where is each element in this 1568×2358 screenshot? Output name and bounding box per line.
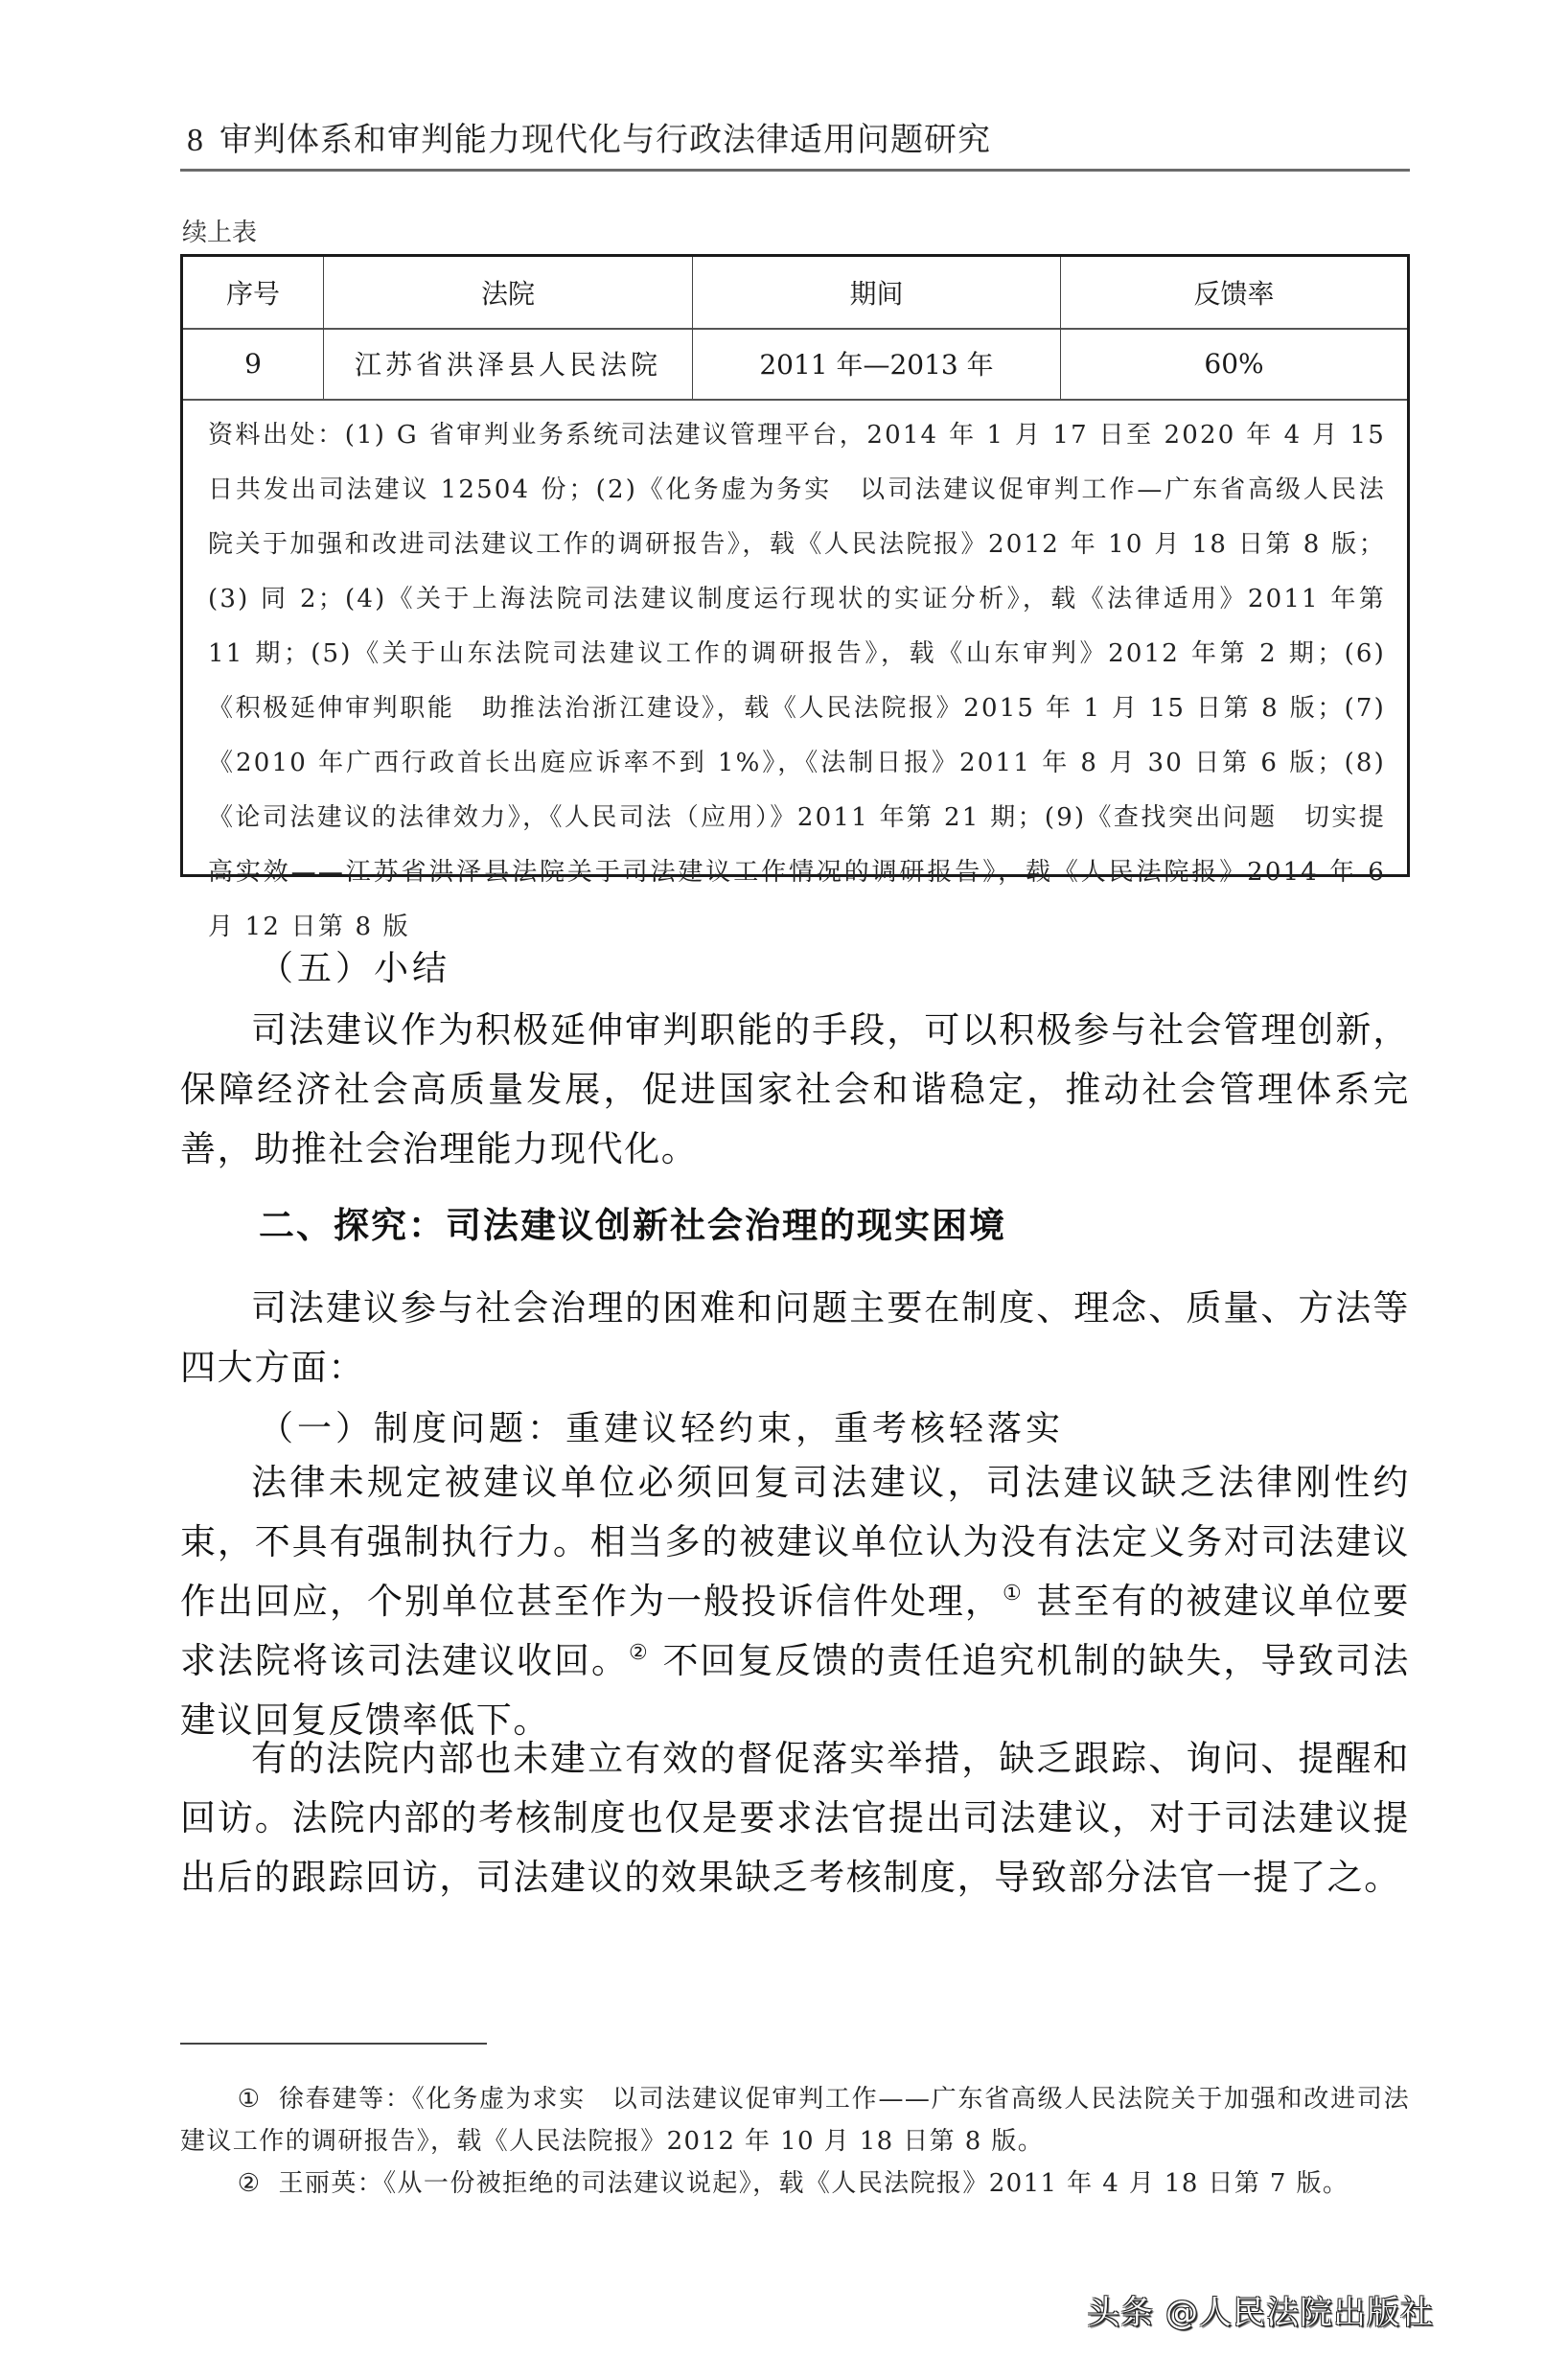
paragraph-internal-supervision: 有的法院内部也未建立有效的督促落实举措，缺乏跟踪、询问、提醒和回访。法院内部的考… — [180, 1729, 1410, 1907]
footnote-rule — [180, 2043, 487, 2045]
table-sources-note: 资料出处：(1) G 省审判业务系统司法建议管理平台，2014 年 1 月 17… — [208, 408, 1386, 955]
publisher-watermark: 头条 @人民法院出版社 — [1087, 2286, 1434, 2333]
column-header-period: 期间 — [693, 257, 1061, 328]
footnote-ref-1[interactable]: ① — [1003, 1582, 1024, 1606]
section-heading: 二、探究：司法建议创新社会治理的现实困境 — [259, 1196, 1006, 1248]
book-title: 审判体系和审判能力现代化与行政法律适用问题研究 — [219, 121, 991, 159]
footnote-mark: ① — [238, 2085, 262, 2114]
column-header-rate: 反馈率 — [1061, 257, 1407, 328]
cell-court: 江苏省洪泽县人民法院 — [324, 328, 693, 399]
table-header-row: 序号 法院 期间 反馈率 — [183, 257, 1407, 330]
page-number: 8 — [187, 123, 204, 158]
running-head: 8审判体系和审判能力现代化与行政法律适用问题研究 — [187, 113, 991, 160]
feedback-rate-table: 序号 法院 期间 反馈率 9 江苏省洪泽县人民法院 2011 年—2013 年 … — [180, 254, 1410, 877]
table-continuation-label: 续上表 — [182, 213, 257, 248]
cell-period: 2011 年—2013 年 — [693, 328, 1061, 399]
footnote-2: ②王丽英：《从一份被拒绝的司法建议说起》，载《人民法院报》2011 年 4 月 … — [180, 2162, 1410, 2205]
subsection-heading: （一）制度问题：重建议轻约束，重考核轻落实 — [259, 1401, 1064, 1450]
column-header-index: 序号 — [183, 257, 324, 328]
footnote-mark: ② — [238, 2169, 262, 2198]
paragraph-institutional-problem: 法律未规定被建议单位必须回复司法建议，司法建议缺乏法律刚性约束，不具有强制执行力… — [180, 1453, 1410, 1750]
intro-paragraph: 司法建议参与社会治理的困难和问题主要在制度、理念、质量、方法等四大方面： — [180, 1279, 1410, 1398]
column-header-court: 法院 — [324, 257, 693, 328]
summary-paragraph: 司法建议作为积极延伸审判职能的手段，可以积极参与社会管理创新，保障经济社会高质量… — [180, 1001, 1410, 1179]
cell-rate: 60% — [1061, 328, 1407, 399]
footnote-ref-2[interactable]: ② — [629, 1641, 650, 1665]
footnote-text: 王丽英：《从一份被拒绝的司法建议说起》，载《人民法院报》2011 年 4 月 1… — [279, 2169, 1349, 2198]
summary-heading: （五）小结 — [259, 941, 450, 990]
table-row: 9 江苏省洪泽县人民法院 2011 年—2013 年 60% — [183, 328, 1407, 401]
footnotes: ①徐春建等：《化务虚为求实 以司法建议促审判工作——广东省高级人民法院关于加强和… — [180, 2078, 1410, 2205]
cell-index: 9 — [183, 328, 324, 399]
footnote-text: 徐春建等：《化务虚为求实 以司法建议促审判工作——广东省高级人民法院关于加强和改… — [180, 2085, 1410, 2156]
header-rule — [180, 169, 1410, 172]
footnote-1: ①徐春建等：《化务虚为求实 以司法建议促审判工作——广东省高级人民法院关于加强和… — [180, 2078, 1410, 2162]
